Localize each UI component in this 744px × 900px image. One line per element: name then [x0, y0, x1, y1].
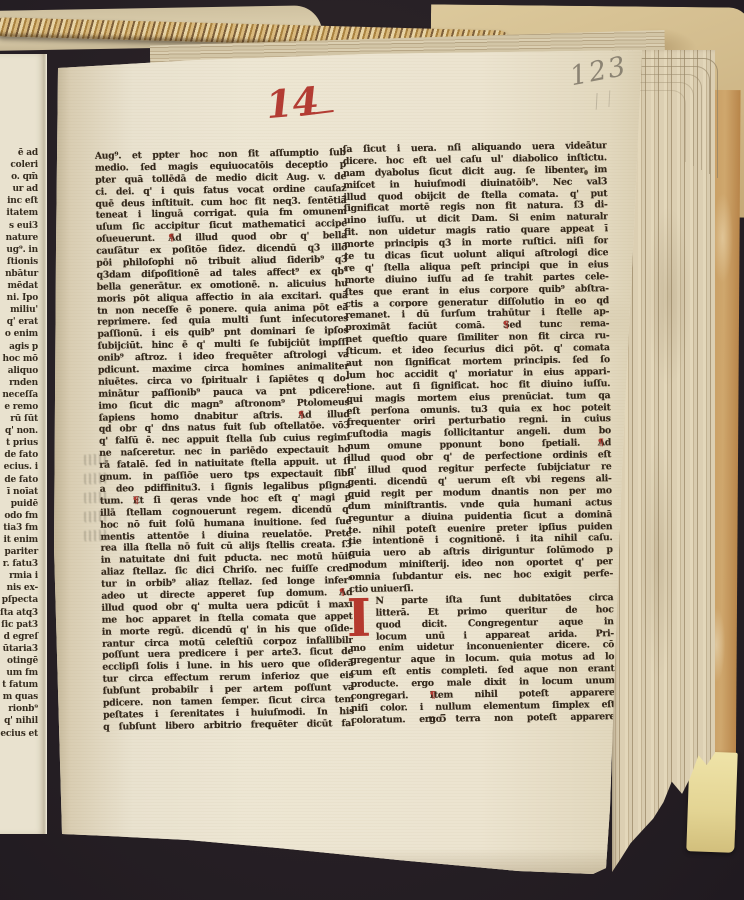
bleed-through-text-line: nature — [0, 233, 47, 245]
bleed-through-text-line: neceſſa — [0, 390, 47, 402]
rubric-pilcrow-icon: ¶ — [430, 690, 436, 702]
facing-page-edge: ē adcolerio. qm̄ur adinc eſtitatems eui3… — [0, 54, 47, 834]
bleed-through-text-line: de fato — [0, 475, 47, 487]
bleed-through-text-line: puidē — [0, 499, 47, 511]
bleed-through-text-line: rionb⁹ — [0, 704, 47, 716]
bleed-through-text-line: hoc mō — [0, 354, 47, 366]
quire-signature: n 5 — [428, 713, 447, 725]
bleed-through-text-line: ur ad — [0, 184, 47, 196]
bleed-through-text-line: ſta atq3 — [0, 608, 47, 620]
left-text-column: Aug⁹. et ppter hoc non fit aſſumptio ſub… — [95, 147, 355, 733]
rubric-pilcrow-icon: ¶ — [598, 438, 604, 450]
text-line: coloratum. ergo terra non poteſt apparer… — [351, 711, 615, 727]
bleed-through-text-line: ecius. i — [0, 462, 47, 474]
bleed-through-text-line: coleri — [0, 160, 47, 172]
bleed-through-text-line: aliquo — [0, 366, 47, 378]
bleed-through-text-line: t prius — [0, 438, 47, 450]
bleed-through-text-line: ſtionis — [0, 257, 47, 269]
bleed-through-text-line: nbātur — [0, 269, 47, 281]
manuscript-page: 14 123 Aug⁹. et ppter hoc non fit aſſump… — [48, 48, 648, 878]
bleed-through-text-line: rū ſūt — [0, 414, 47, 426]
bleed-through-text-line: nis ex- — [0, 583, 47, 595]
bleed-through-text-line: itatem — [0, 208, 47, 220]
bleed-through-text-line: de fato — [0, 450, 47, 462]
bleed-through-text-line: rnden — [0, 378, 47, 390]
bleed-through-text-line: pſpecta — [0, 595, 47, 607]
bleed-through-text-line: odo fm — [0, 511, 47, 523]
bleed-through-text-line: ī noīat — [0, 487, 47, 499]
rubric-pilcrow-icon: ¶ — [298, 409, 304, 421]
rubric-pilcrow-icon: ¶ — [503, 320, 509, 332]
right-text-column: I ſa ſicut i uera. nſi aliquando uera vi… — [343, 140, 616, 726]
bleed-through-text-line: ūtaria3 — [0, 644, 47, 656]
bleed-through-text-line: d egreſ — [0, 632, 47, 644]
bleed-through-text-line: m quas — [0, 692, 47, 704]
bleed-through-text-line: miliu' — [0, 305, 47, 317]
bleed-through-text-line: pariter — [0, 547, 47, 559]
bleed-through-text-line: agis p — [0, 342, 47, 354]
photo-background: ē adcolerio. qm̄ur adinc eſtitatems eui3… — [0, 0, 744, 900]
paper-speck — [584, 170, 588, 175]
bleed-through-text-line: r. fatu3 — [0, 559, 47, 571]
paper-speck — [171, 308, 174, 311]
bleed-through-text-line: mēdat — [0, 281, 47, 293]
bleed-through-text-line: um fm — [0, 668, 47, 680]
drop-cap-initial: I — [346, 595, 371, 644]
bleed-through-text-line: ug⁹. in — [0, 245, 47, 257]
bleed-through-text-line: inc eſt — [0, 196, 47, 208]
bleed-through-text-line: ni. Ipo — [0, 293, 47, 305]
bleed-through-text-line: ecius et — [0, 729, 47, 741]
rubric-pilcrow-icon: ¶ — [339, 587, 345, 599]
bleed-through-text-line: q' nihil — [0, 716, 47, 728]
bleed-through-text-line: q' erat — [0, 317, 47, 329]
bleed-through-text-line: q' non. — [0, 426, 47, 438]
bleed-through-text-line: rmia i — [0, 571, 47, 583]
text-block: Aug⁹. et ppter hoc non fit aſſumptio ſub… — [46, 44, 658, 883]
bleed-through-text-line: it enim — [0, 535, 47, 547]
bleed-through-text-line: s eui3 — [0, 221, 47, 233]
bleed-through-text-line: o. qm̄ — [0, 172, 47, 184]
bleed-through-text-line: otingē — [0, 656, 47, 668]
rubric-pilcrow-icon: ¶ — [168, 233, 174, 245]
bleed-through-text-line: ſic pat3 — [0, 620, 47, 632]
bleed-through-text-line: t fatum — [0, 680, 47, 692]
page-edge-highlight — [44, 54, 47, 834]
facing-page-text-fragments: ē adcolerio. qm̄ur adinc eſtitatems eui3… — [0, 148, 47, 741]
text-line: q ſubſunt libero arbitrio frequēter dicū… — [103, 718, 354, 734]
bleed-through-text-line: e remo — [0, 402, 47, 414]
bleed-through-text-line: o enim — [0, 329, 47, 341]
bleed-through-text-line: ē ad — [0, 148, 47, 160]
bleed-through-text-line: tia3 fm — [0, 523, 47, 535]
rubric-pilcrow-icon: ¶ — [133, 495, 139, 507]
